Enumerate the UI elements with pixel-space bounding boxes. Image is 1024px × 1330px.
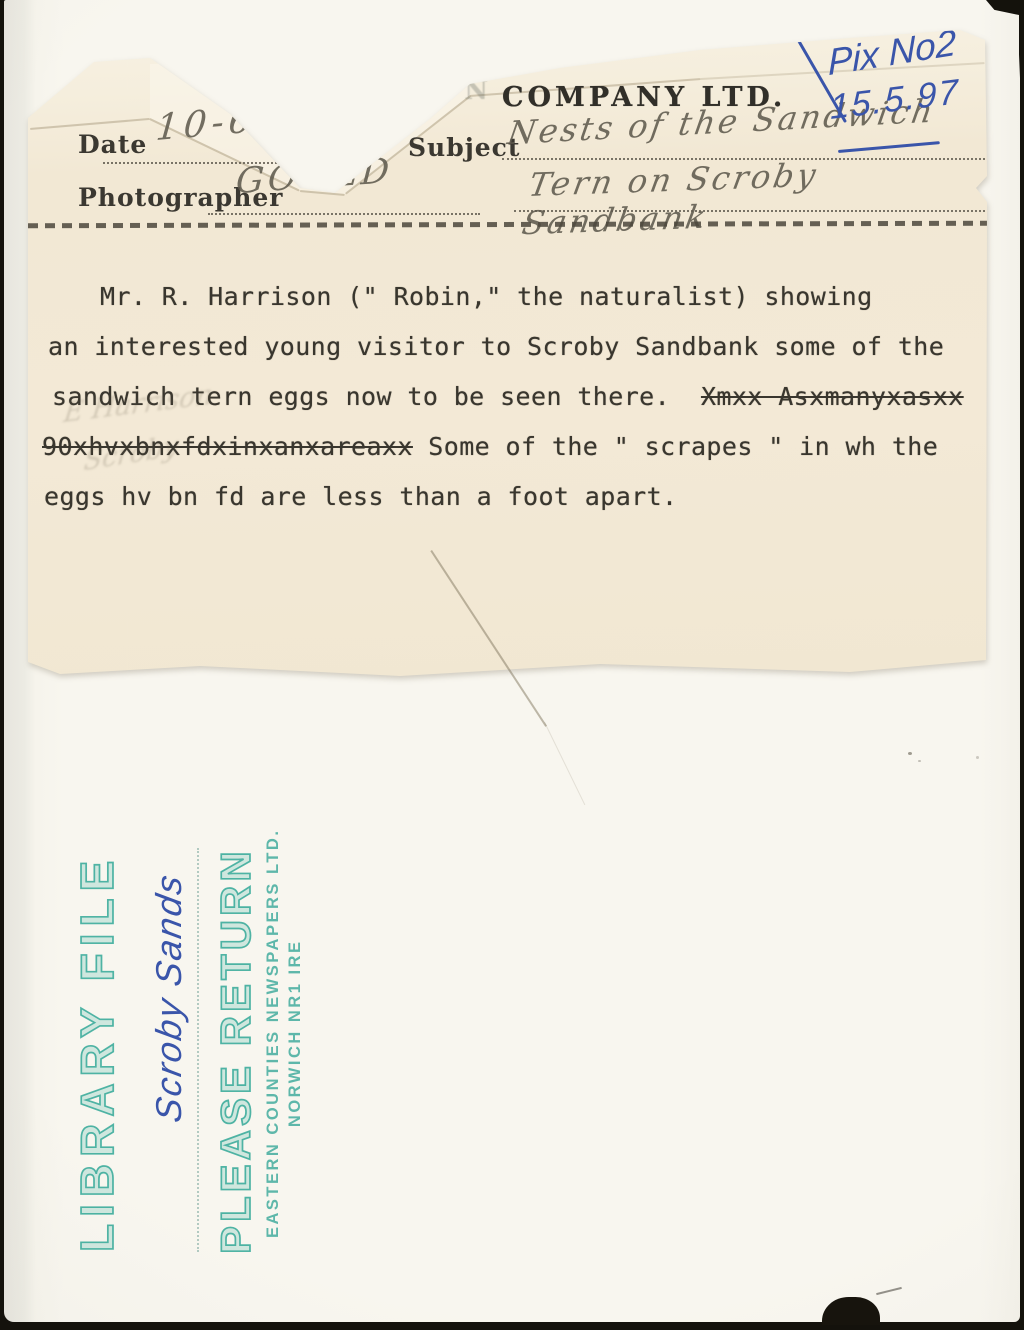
caption-line: eggs hv bn fd are less than a foot apart… — [44, 482, 678, 511]
caption-text: eggs hv bn fd are less than a foot apart… — [44, 482, 678, 511]
company-stamp-line1: EASTERN COUNTIES NEWSPAPERS LTD. — [262, 829, 284, 1238]
dust-speck — [918, 760, 921, 762]
scanned-photo-verso: ORFOLK N COMPANY LTD. Date 10-6-51 Subje… — [0, 0, 1024, 1330]
crease-line — [30, 118, 150, 130]
caption-card-paper: ORFOLK N COMPANY LTD. Date 10-6-51 Subje… — [28, 26, 988, 682]
caption-line: Mr. R. Harrison (" Robin," the naturalis… — [100, 282, 873, 311]
dotted-rule-vertical — [197, 848, 199, 1252]
caption-text: an interested young visitor to Scroby Sa… — [48, 332, 944, 361]
caption-card: ORFOLK N COMPANY LTD. Date 10-6-51 Subje… — [28, 26, 988, 682]
dust-speck — [976, 756, 979, 759]
frame-edge — [1019, 0, 1024, 78]
subject-handwritten-line2: Tern on Scroby Sandbank — [519, 150, 994, 243]
company-stamp-line2: NORWICH NR1 IRE — [284, 829, 306, 1238]
caption-line: an interested young visitor to Scroby Sa… — [48, 332, 944, 361]
letterhead-ghost-text: ORFOLK N — [266, 76, 497, 106]
library-file-stamp-text: LIBRARY FILE — [70, 854, 124, 1252]
dust-speck — [908, 752, 912, 755]
caption-text-struck: Xmxx Asxmanyxasxx — [701, 382, 964, 411]
please-return-stamp-text: PLEASE RETURN — [212, 847, 260, 1254]
caption-text: Some of the " scrapes " in wh the — [413, 432, 938, 461]
caption-text: Mr. R. Harrison (" Robin," the naturalis… — [100, 282, 873, 311]
